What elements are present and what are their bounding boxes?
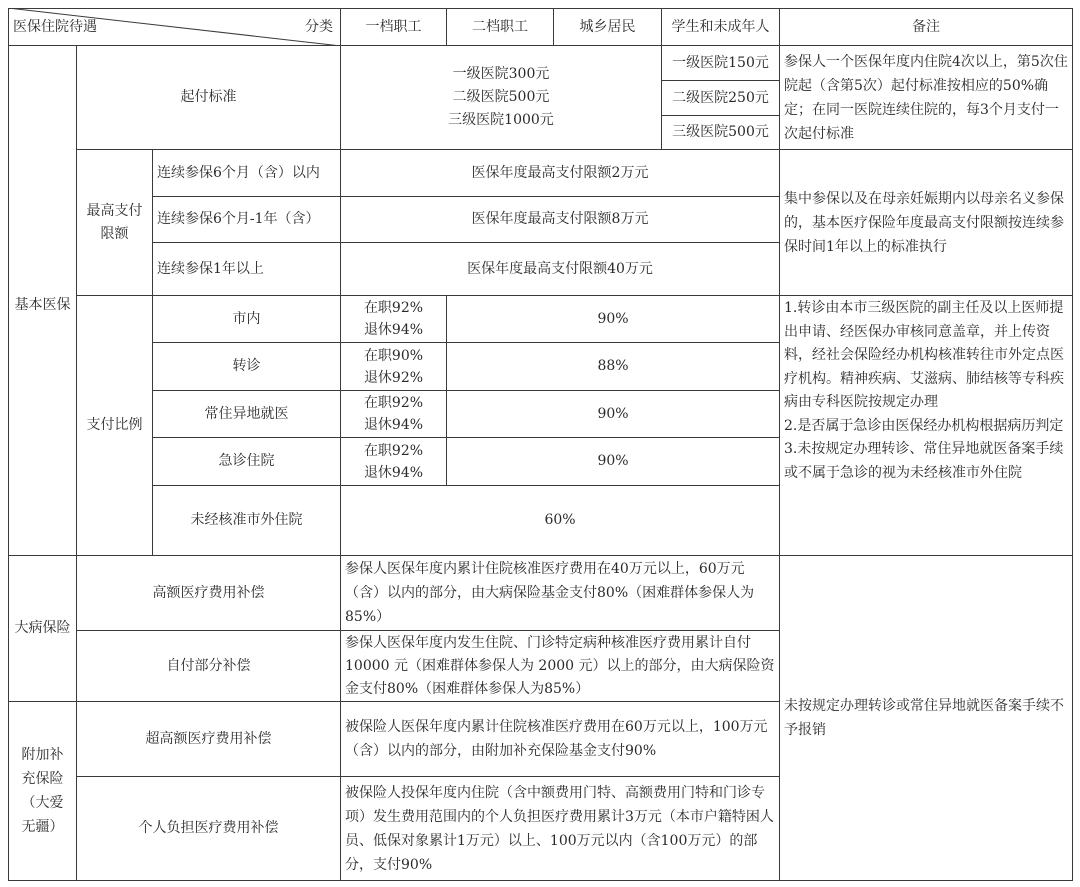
ratio-type-unapproved: 未经核准市外住院	[152, 485, 341, 556]
ratio-type-referral: 转诊	[152, 342, 341, 391]
max-limit-label: 最高支付 限额	[76, 149, 153, 296]
group-basic-insurance: 基本医保	[8, 45, 77, 556]
ratio-tier1-emergency: 在职92% 退休94%	[340, 437, 447, 486]
group-serious-illness: 大病保险	[8, 555, 77, 702]
deductible-student-level1: 一级医院150元	[661, 45, 780, 81]
ratio-type-remote: 常住异地就医	[152, 390, 341, 438]
deductible-note: 参保人一个医保年度内住院4次以上，第5次住院起（含第5次）起付标准按相应的50%…	[779, 45, 1073, 150]
max-limit-condition-1: 连续参保6个月（含）以内	[152, 149, 341, 197]
col-header-tier2: 二档职工	[446, 8, 554, 46]
bottom-note: 未按规定办理转诊或常住异地就医备案手续不予报销	[779, 555, 1073, 881]
deductible-label: 起付标准	[76, 45, 341, 150]
corner-label-right: 分类	[305, 16, 333, 36]
serious-desc-2: 参保人医保年度内发生住院、门诊特定病种核准医疗费用累计自付 10000 元（困难…	[340, 630, 780, 702]
max-limit-condition-2: 连续参保6个月-1年（含）	[152, 196, 341, 243]
ratio-label: 支付比例	[76, 295, 153, 556]
col-header-tier1: 一档职工	[340, 8, 447, 46]
deductible-student-level2: 二级医院250元	[661, 80, 780, 116]
serious-item-2: 自付部分补偿	[76, 630, 341, 702]
max-limit-note: 集中参保以及在母亲妊娠期内以母亲名义参保的，基本医疗保险年度最高支付限额按连续参…	[779, 149, 1073, 296]
ratio-others-remote: 90%	[446, 390, 780, 438]
deductible-general: 一级医院300元 二级医院500元 三级医院1000元	[340, 45, 662, 150]
supplementary-desc-2: 被保险人投保年度内住院（含中额费用门特、高额费用门特和门诊专项）发生费用范围内的…	[340, 776, 780, 881]
deductible-student-level3: 三级医院500元	[661, 115, 780, 150]
max-limit-value-3: 医保年度最高支付限额40万元	[340, 242, 780, 296]
ratio-type-emergency: 急诊住院	[152, 437, 341, 486]
ratio-tier1-city: 在职92% 退休94%	[340, 295, 447, 343]
ratio-others-city: 90%	[446, 295, 780, 343]
col-header-student: 学生和未成年人	[661, 8, 780, 46]
ratio-type-city: 市内	[152, 295, 341, 343]
supplementary-item-1: 超高额医疗费用补偿	[76, 701, 341, 777]
ratio-all-unapproved: 60%	[340, 485, 780, 556]
ratio-tier1-remote: 在职92% 退休94%	[340, 390, 447, 438]
col-header-remarks: 备注	[779, 8, 1073, 46]
max-limit-value-2: 医保年度最高支付限额8万元	[340, 196, 780, 243]
ratio-others-emergency: 90%	[446, 437, 780, 486]
serious-desc-1: 参保人医保年度内累计住院核准医疗费用在40万元以上，60万元（含）以内的部分，由…	[340, 555, 780, 631]
max-limit-value-1: 医保年度最高支付限额2万元	[340, 149, 780, 197]
ratio-note: 1.转诊由本市三级医院的副主任及以上医师提出申请、经医保办审核同意盖章，并上传资…	[779, 295, 1073, 556]
ratio-tier1-referral: 在职90% 退休92%	[340, 342, 447, 391]
supplementary-desc-1: 被保险人医保年度内累计住院核准医疗费用在60万元以上，100万元（含）以内的部分…	[340, 701, 780, 777]
ratio-others-referral: 88%	[446, 342, 780, 391]
group-supplementary: 附加补 充保险 （大爱 无疆）	[8, 701, 77, 881]
serious-item-1: 高额医疗费用补偿	[76, 555, 341, 631]
supplementary-item-2: 个人负担医疗费用补偿	[76, 776, 341, 881]
col-header-resident: 城乡居民	[553, 8, 662, 46]
max-limit-condition-3: 连续参保1年以上	[152, 242, 341, 296]
corner-label-left: 医保住院待遇	[13, 16, 97, 36]
